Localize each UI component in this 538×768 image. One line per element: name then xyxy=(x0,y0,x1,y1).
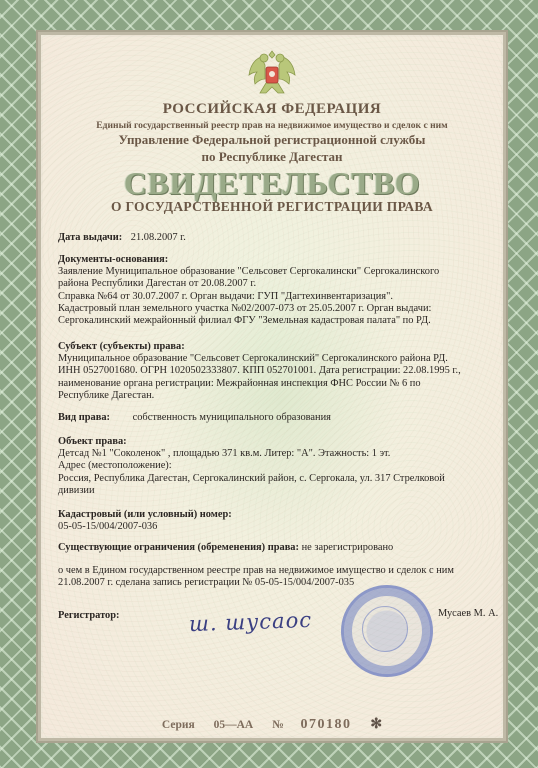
subject-line: наименование органа регистрации: Межрайо… xyxy=(58,378,494,390)
certificate-paper: РОССИЙСКАЯ ФЕДЕРАЦИЯ Единый государствен… xyxy=(38,32,506,741)
object-line: Детсад №1 "Соколенок" , площадью 371 кв.… xyxy=(58,448,494,460)
documents-line: Кадастровый план земельного участка №02/… xyxy=(58,303,494,315)
subject-line: Муниципальное образование "Сельсовет Сер… xyxy=(58,353,494,365)
documents-line: Сергокалинский межрайонный филиал ФГУ "З… xyxy=(58,315,494,327)
encumbrances-value: не зарегистрировано xyxy=(302,542,394,553)
russian-coat-of-arms-icon xyxy=(243,47,301,99)
subject-section: Субъект (субъекты) права: Муниципальное … xyxy=(58,341,494,402)
country-heading: РОССИЙСКАЯ ФЕДЕРАЦИЯ xyxy=(41,101,503,118)
record-section: о чем в Едином государственном реестре п… xyxy=(58,565,494,589)
issue-date-value: 21.08.2007 г. xyxy=(131,232,186,243)
encumbrances-label: Существующие ограничения (обременения) п… xyxy=(58,542,299,553)
series-value: 05—АА xyxy=(214,719,254,731)
subject-line: Республике Дагестан. xyxy=(58,390,494,402)
right-type-label: Вид права: xyxy=(58,412,110,423)
cadastral-label: Кадастровый (или условный) номер: xyxy=(58,509,494,521)
object-line: Адрес (местоположение): xyxy=(58,460,494,472)
certificate-title: СВИДЕТЕЛЬСТВО xyxy=(41,165,503,202)
registrar-name-block: Мусаев М. А. xyxy=(438,608,506,620)
serial-number: Серия 05—АА № 070180 ✻ xyxy=(41,716,503,733)
record-line: 21.08.2007 г. сделана запись регистрации… xyxy=(58,577,494,589)
subject-line: ИНН 0527001680. ОГРН 1020502333807. КПП … xyxy=(58,365,494,377)
region-heading: по Республике Дагестан xyxy=(41,149,503,165)
registrar-section: Регистратор: xyxy=(58,610,178,622)
number-value: 070180 xyxy=(301,717,352,732)
documents-line: района Республики Дагестан от 20.08.2007… xyxy=(58,278,494,290)
cadastral-value: 05-05-15/004/2007-036 xyxy=(58,521,494,533)
certificate-subtitle: О ГОСУДАРСТВЕННОЙ РЕГИСТРАЦИИ ПРАВА xyxy=(41,199,503,215)
agency-heading: Управление Федеральной регистрационной с… xyxy=(41,132,503,148)
certificate: РОССИЙСКАЯ ФЕДЕРАЦИЯ Единый государствен… xyxy=(0,0,538,768)
right-type-value: собственность муниципального образования xyxy=(133,412,331,423)
asterisk-icon: ✻ xyxy=(370,717,382,732)
object-section: Объект права: Детсад №1 "Соколенок" , пл… xyxy=(58,436,494,497)
registrar-name: Мусаев М. А. xyxy=(438,608,498,619)
registrar-signature: ш. шусаос xyxy=(189,608,313,636)
object-line: Россия, Республика Дагестан, Сергокалинс… xyxy=(58,473,494,485)
cadastral-section: Кадастровый (или условный) номер: 05-05-… xyxy=(58,509,494,533)
documents-line: Справка №64 от 30.07.2007 г. Орган выдач… xyxy=(58,291,494,303)
object-line: дивизии xyxy=(58,485,494,497)
issue-date-section: Дата выдачи: 21.08.2007 г. xyxy=(58,232,494,244)
encumbrances-section: Существующие ограничения (обременения) п… xyxy=(58,542,494,554)
object-label: Объект права: xyxy=(58,436,494,448)
number-label: № xyxy=(272,719,284,731)
record-line: о чем в Едином государственном реестре п… xyxy=(58,565,494,577)
registrar-label: Регистратор: xyxy=(58,610,119,621)
subject-label: Субъект (субъекты) права: xyxy=(58,341,494,353)
documents-label: Документы-основания: xyxy=(58,254,494,266)
right-type-section: Вид права: собственность муниципального … xyxy=(58,412,494,424)
registry-heading: Единый государственный реестр прав на не… xyxy=(41,120,503,131)
official-seal-icon xyxy=(341,585,433,677)
issue-date-label: Дата выдачи: xyxy=(58,232,122,243)
series-label: Серия xyxy=(162,719,195,731)
documents-section: Документы-основания: Заявление Муниципал… xyxy=(58,254,494,327)
documents-line: Заявление Муниципальное образование "Сел… xyxy=(58,266,494,278)
